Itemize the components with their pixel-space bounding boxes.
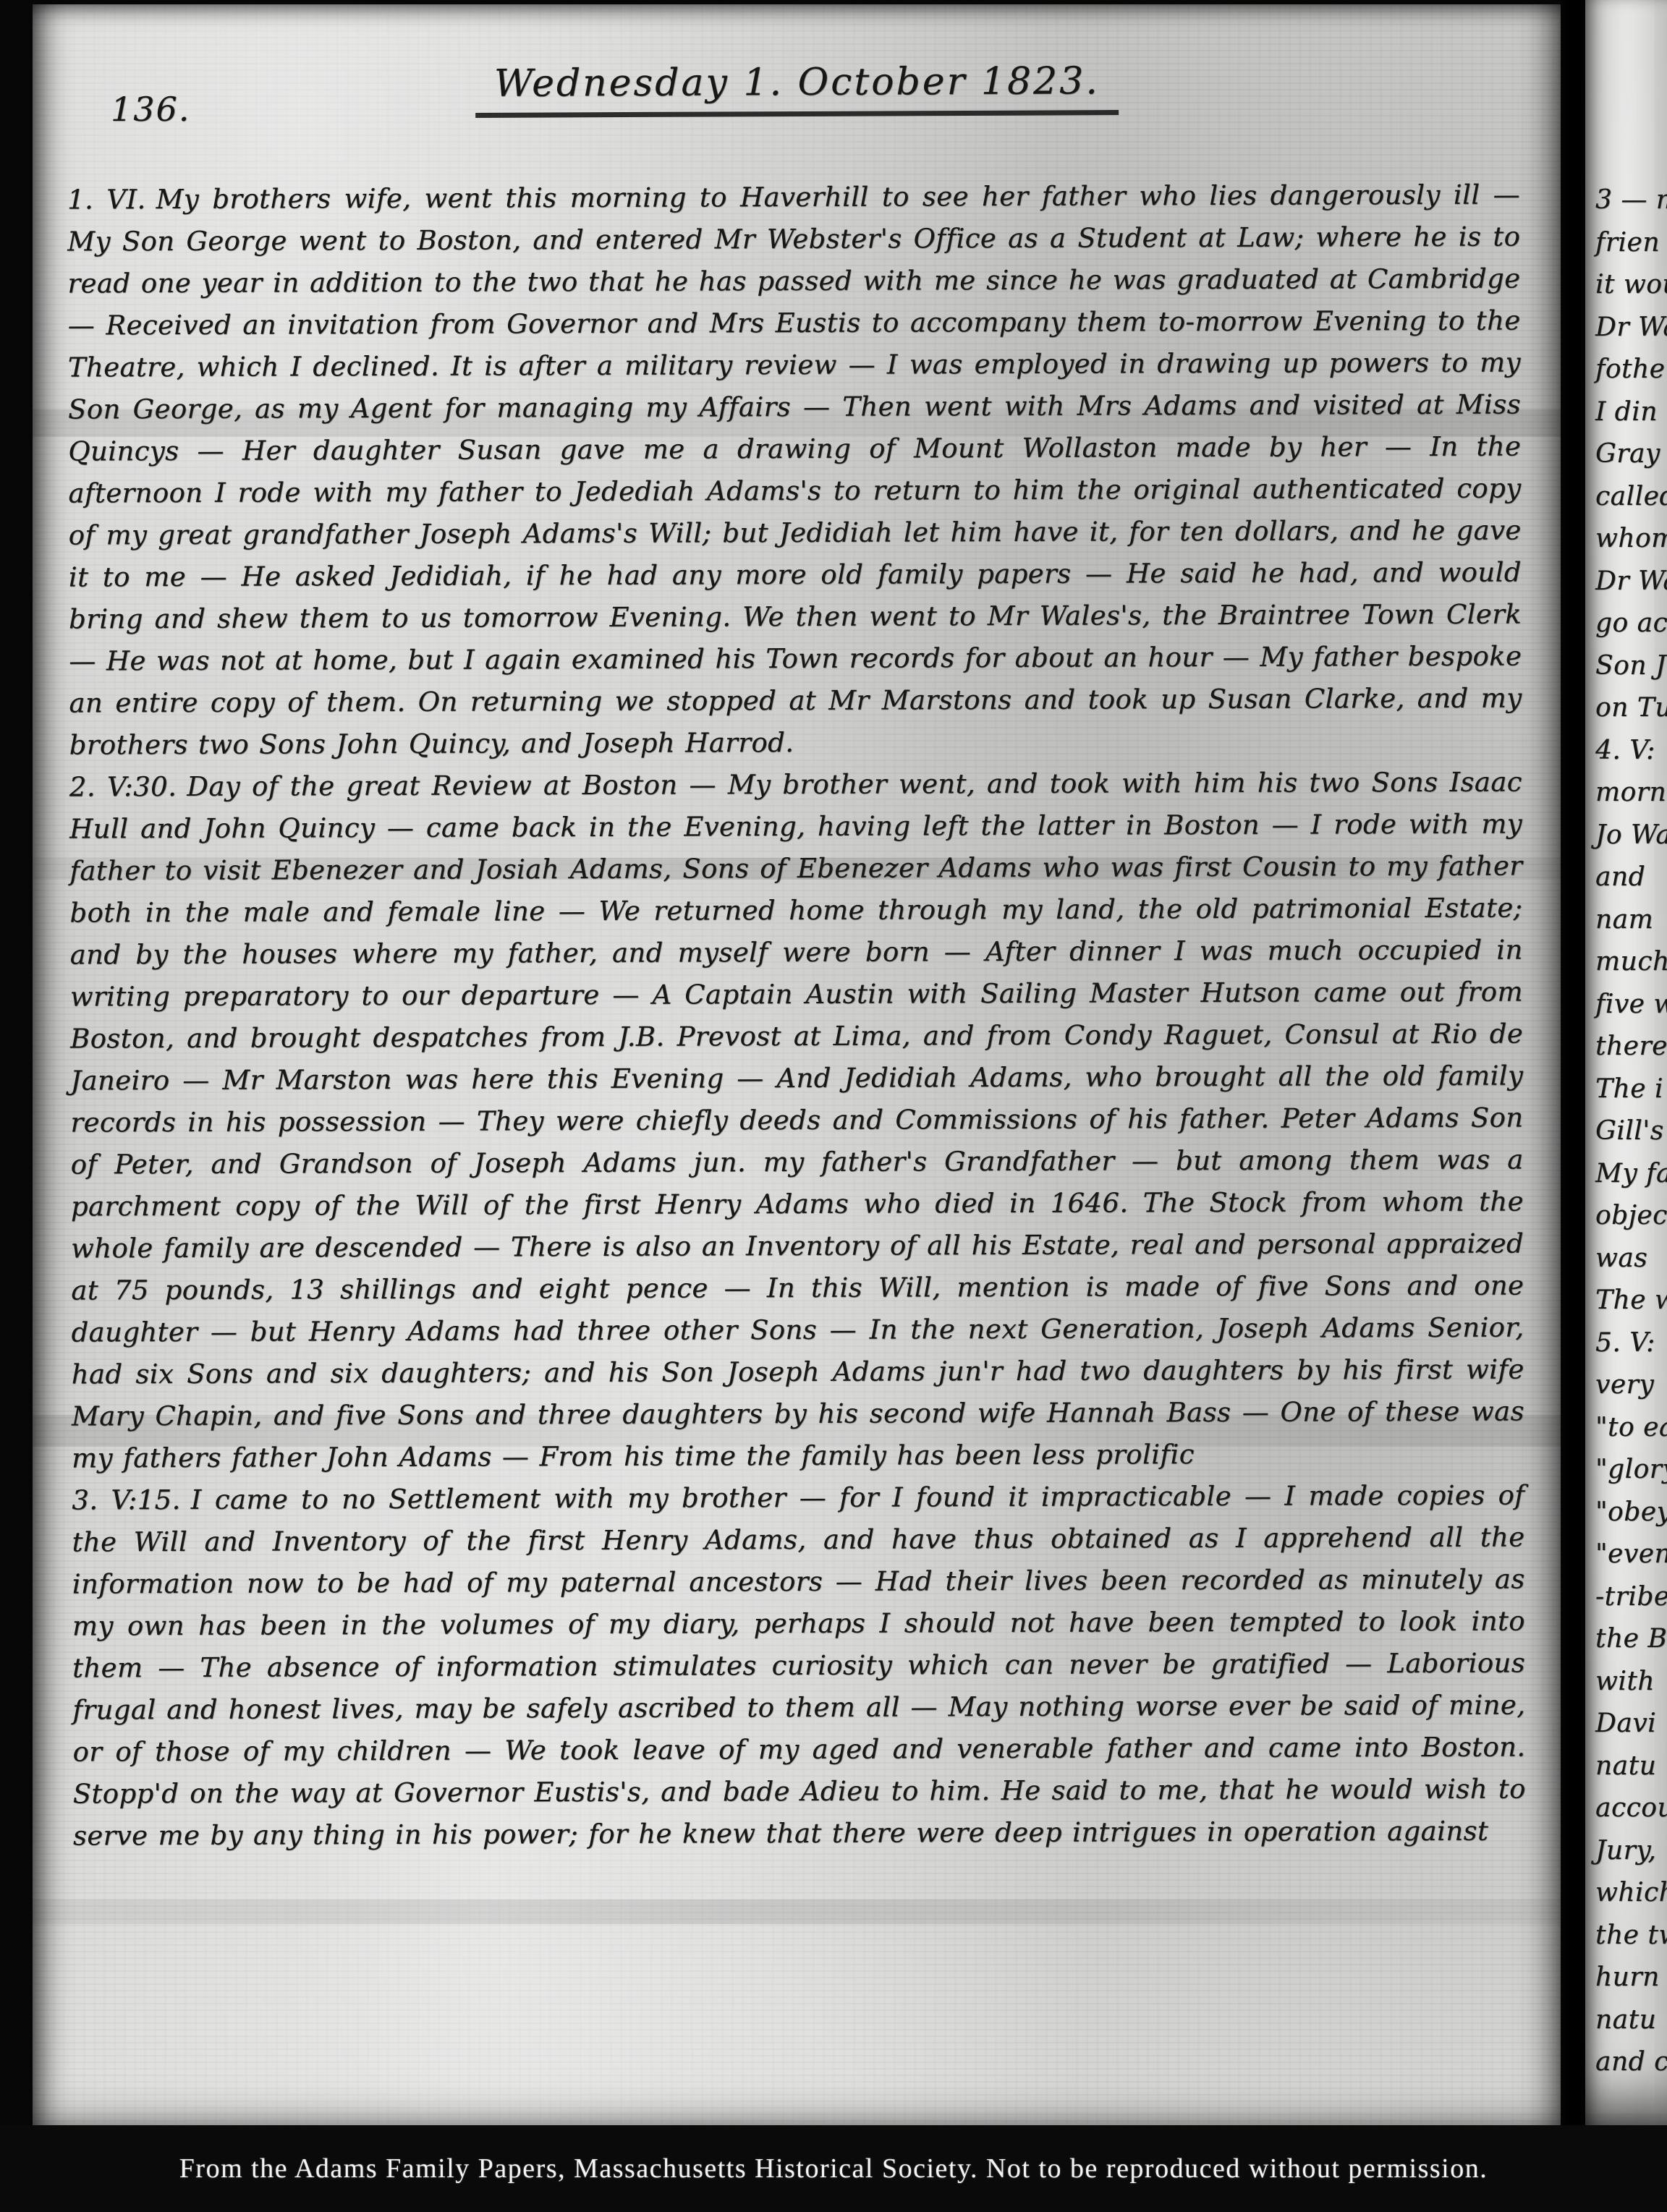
adjacent-line-fragment: -tribe bbox=[1595, 1576, 1667, 1619]
attribution-text: From the Adams Family Papers, Massachuse… bbox=[179, 2153, 1488, 2185]
adjacent-line-fragment: "obey bbox=[1595, 1492, 1667, 1534]
diary-entry: 3. V:15.I came to no Settlement with my … bbox=[72, 1474, 1526, 1857]
adjacent-line-fragment: natu bbox=[1595, 1999, 1667, 2042]
adjacent-line-fragment: The w bbox=[1595, 1280, 1667, 1322]
adjacent-line-fragment: 3 — m bbox=[1595, 179, 1667, 222]
adjacent-line-fragment: My fa bbox=[1595, 1153, 1667, 1196]
adjacent-line-fragment: morn bbox=[1595, 772, 1667, 814]
adjacent-line-fragment: accou bbox=[1595, 1787, 1667, 1830]
adjacent-line-fragment: The i bbox=[1595, 1068, 1667, 1111]
adjacent-line-fragment: Gill's bbox=[1595, 1110, 1667, 1153]
adjacent-line-fragment: objec bbox=[1595, 1195, 1667, 1238]
adjacent-line-fragment: there bbox=[1595, 1026, 1667, 1068]
adjacent-line-fragment: very bbox=[1595, 1364, 1667, 1407]
heading-row: Wednesday 1. October 1823. bbox=[33, 61, 1561, 116]
manuscript-page: 136. Wednesday 1. October 1823. 1. VI.My… bbox=[33, 4, 1561, 2135]
page-gutter bbox=[1561, 0, 1585, 2166]
adjacent-line-fragment: which bbox=[1595, 1872, 1667, 1915]
adjacent-line-fragment: the tw bbox=[1595, 1915, 1667, 1957]
adjacent-line-fragment: "even bbox=[1595, 1533, 1667, 1576]
adjacent-line-fragment: was bbox=[1595, 1238, 1667, 1280]
adjacent-line-fragment: I din bbox=[1595, 391, 1667, 434]
entry-date-heading: Wednesday 1. October 1823. bbox=[475, 59, 1118, 118]
entry-text: Day of the great Review at Boston — My b… bbox=[69, 766, 1524, 1473]
adjacent-line-fragment: fothe bbox=[1595, 349, 1667, 391]
adjacent-line-fragment: frien bbox=[1595, 222, 1667, 265]
adjacent-line-fragment: 5. V: bbox=[1595, 1322, 1667, 1365]
adjacent-line-fragment: Jo Wa bbox=[1595, 814, 1667, 857]
adjacent-line-fragment: Son Jo bbox=[1595, 645, 1667, 688]
adjacent-line-fragment: much bbox=[1595, 941, 1667, 984]
adjacent-line-fragment: and c bbox=[1595, 2041, 1667, 2084]
adjacent-line-fragment: Jury, bbox=[1595, 1830, 1667, 1873]
manuscript-scan: { "colors": { "background": "#060606", "… bbox=[0, 0, 1667, 2212]
diary-entry: 1. VI.My brothers wife, went this mornin… bbox=[67, 174, 1522, 767]
adjacent-line-fragment: it wou bbox=[1595, 264, 1667, 307]
adjacent-line-fragment: five w bbox=[1595, 984, 1667, 1026]
adjacent-line-fragment: "to ea bbox=[1595, 1407, 1667, 1450]
adjacent-page-fragments: 3 — m frien it wou Dr Wa fothe I din Gra… bbox=[1595, 179, 1667, 2084]
footer-band: From the Adams Family Papers, Massachuse… bbox=[0, 2125, 1667, 2212]
adjacent-line-fragment: whom bbox=[1595, 518, 1667, 561]
adjacent-line-fragment: Gray w bbox=[1595, 433, 1667, 476]
adjacent-line-fragment: Davi bbox=[1595, 1703, 1667, 1745]
adjacent-line-fragment: and bbox=[1595, 856, 1667, 899]
adjacent-line-fragment: on Tu bbox=[1595, 687, 1667, 730]
adjacent-line-fragment: the B bbox=[1595, 1618, 1667, 1661]
diary-entries: 1. VI.My brothers wife, went this mornin… bbox=[67, 174, 1526, 1858]
adjacent-line-fragment: with bbox=[1595, 1661, 1667, 1703]
entry-time-marker: 2. V:30. bbox=[69, 771, 187, 803]
adjacent-line-fragment: Dr Wal bbox=[1595, 561, 1667, 603]
adjacent-page-edge: 3 — m frien it wou Dr Wa fothe I din Gra… bbox=[1585, 0, 1667, 2127]
adjacent-line-fragment: "glory bbox=[1595, 1449, 1667, 1492]
adjacent-line-fragment: hurn bbox=[1595, 1957, 1667, 1999]
adjacent-line-fragment: Dr Wa bbox=[1595, 307, 1667, 349]
adjacent-line-fragment: natu bbox=[1595, 1745, 1667, 1788]
scan-artifact-streak bbox=[33, 1900, 1561, 1924]
adjacent-line-fragment: nam bbox=[1595, 899, 1667, 942]
entry-text: My brothers wife, went this morning to H… bbox=[67, 179, 1522, 761]
entry-time-marker: 1. VI. bbox=[67, 184, 156, 215]
adjacent-line-fragment: 4. V: bbox=[1595, 730, 1667, 773]
diary-entry: 2. V:30.Day of the great Review at Bosto… bbox=[69, 761, 1524, 1479]
adjacent-line-fragment: called bbox=[1595, 476, 1667, 519]
entry-time-marker: 3. V:15. bbox=[72, 1484, 191, 1516]
entry-text: I came to no Settlement with my brother … bbox=[72, 1479, 1525, 1851]
adjacent-line-fragment: go ac bbox=[1595, 603, 1667, 645]
